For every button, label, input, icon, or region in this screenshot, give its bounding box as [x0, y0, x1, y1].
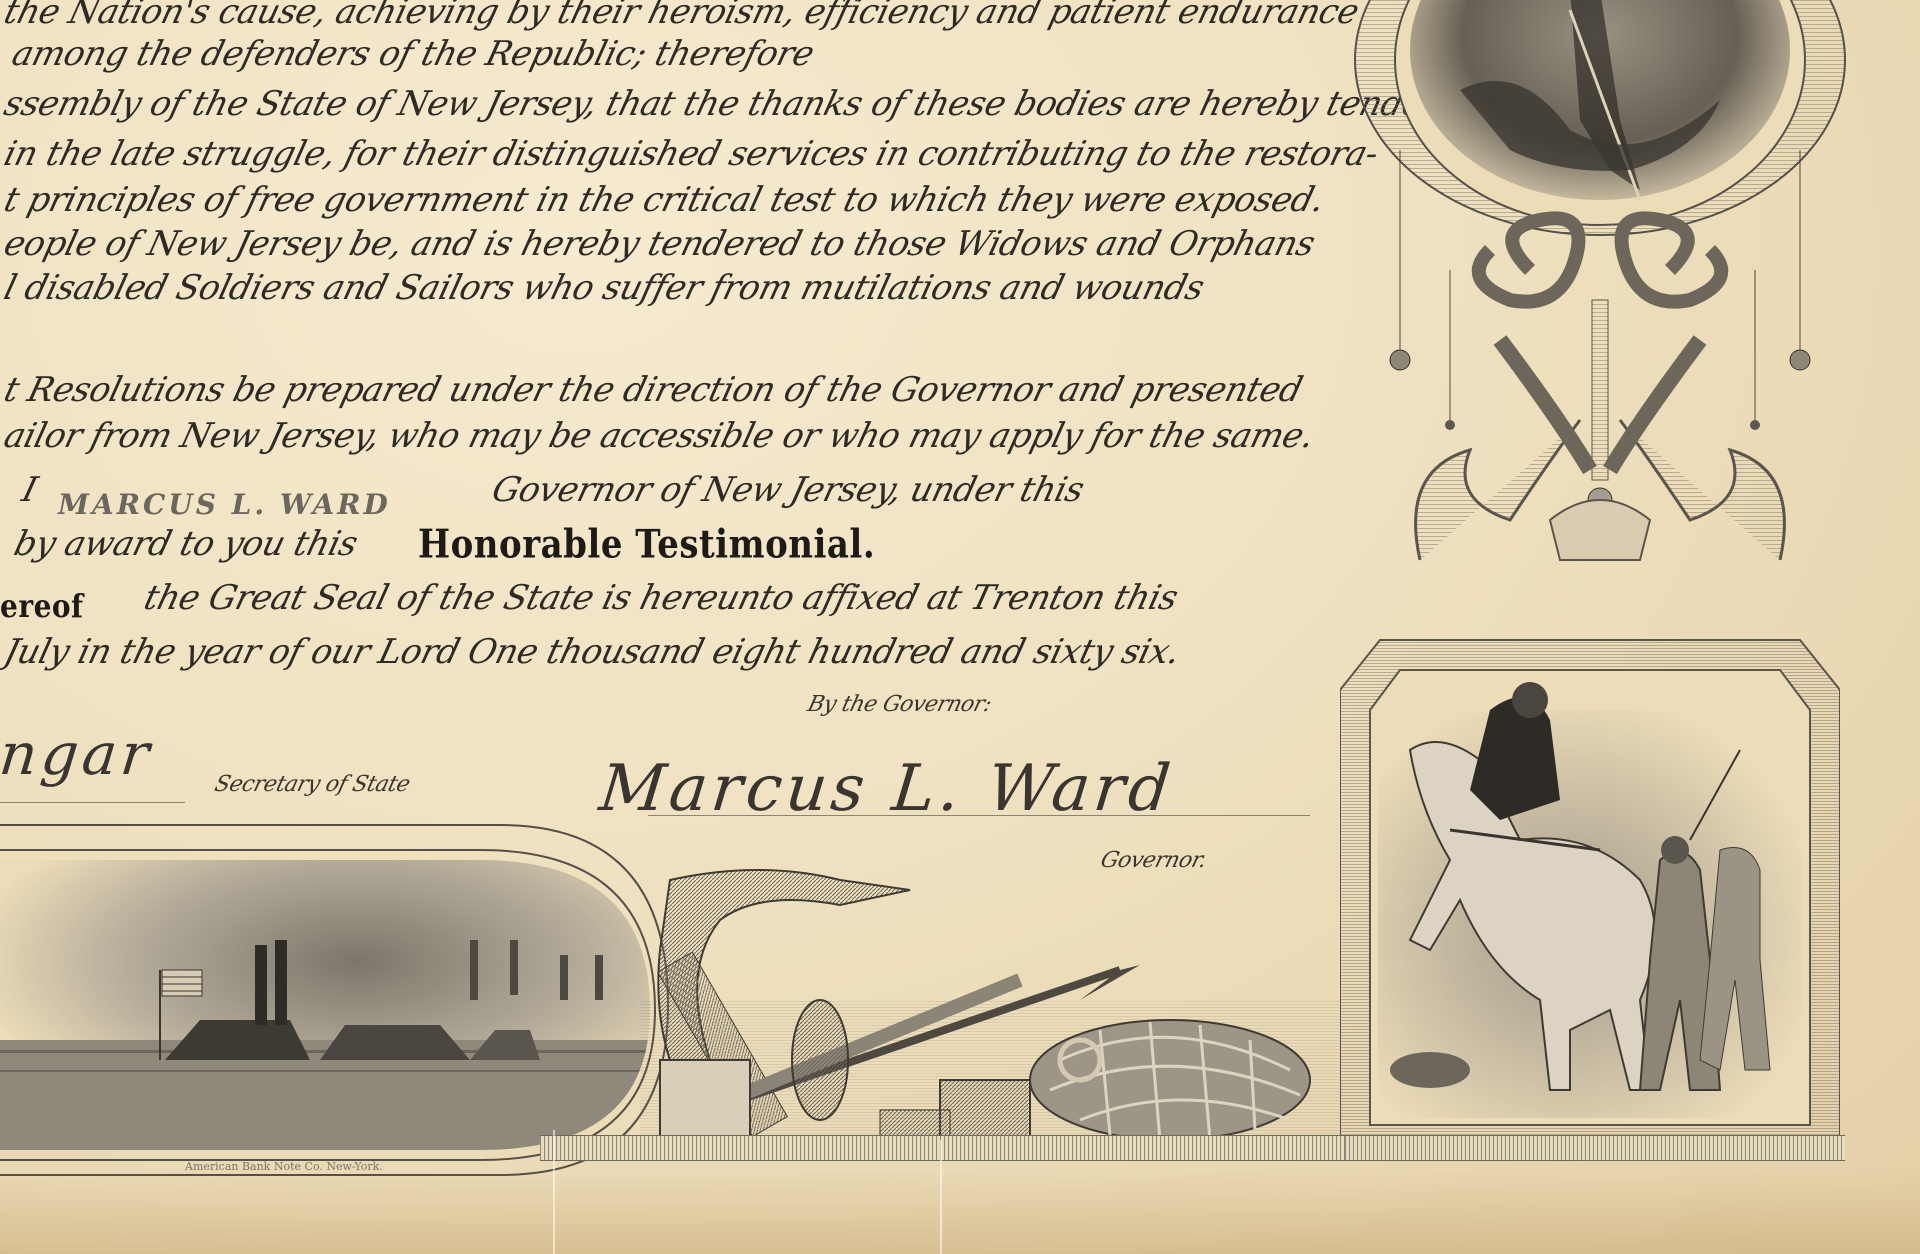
secretary-title: Secretary of State [212, 772, 412, 797]
st-michael-medallion-vignette [1340, 0, 1860, 620]
paper-crease [553, 1130, 555, 1254]
governor-line-suffix: Governor of New Jersey, under this [488, 470, 1088, 510]
ironclad-battle-vignette: American Bank Note Co. New-York. [0, 820, 670, 1180]
body-line-6: eople of New Jersey be, and is hereby te… [0, 224, 1319, 264]
body-line-8: t Resolutions be prepared under the dire… [0, 370, 1306, 410]
body-line-7: l disabled Soldiers and Sailors who suff… [0, 268, 1208, 308]
body-line-9: ailor from New Jersey, who may be access… [0, 416, 1318, 456]
body-line-1: the Nation's cause, achieving by their h… [0, 0, 1363, 32]
body-line-5: t principles of free government in the c… [0, 180, 1328, 220]
by-the-governor-label: By the Governor: [805, 692, 994, 717]
award-line-prefix: by award to you this [10, 524, 361, 564]
paper-crease [940, 1140, 942, 1254]
body-line-3: ssembly of the State of New Jersey, that… [0, 84, 1527, 124]
engraver-imprint: American Bank Note Co. New-York. [185, 1160, 383, 1173]
cavalry-battle-vignette [1340, 600, 1840, 1160]
bottom-ruled-border [540, 1135, 1345, 1161]
governor-signature-line [648, 815, 1310, 816]
body-line-2: among the defenders of the Republic; the… [8, 34, 818, 74]
body-line-4: in the late struggle, for their distingu… [0, 134, 1382, 174]
seal-line-prefix: ereof [0, 587, 84, 625]
secretary-signature-line [0, 802, 185, 803]
governor-name-caps: MARCUS L. WARD [58, 488, 391, 521]
right-ruled-border [1345, 1135, 1845, 1161]
anchor-trophy-vignette [640, 860, 1340, 1150]
paper-bottom-margin [0, 1170, 1920, 1254]
secretary-signature: ngar [0, 720, 156, 788]
seal-line-text: the Great Seal of the State is hereunto … [140, 578, 1182, 618]
honorable-testimonial-title: Honorable Testimonial. [418, 522, 875, 568]
date-line: July in the year of our Lord One thousan… [0, 632, 1184, 672]
